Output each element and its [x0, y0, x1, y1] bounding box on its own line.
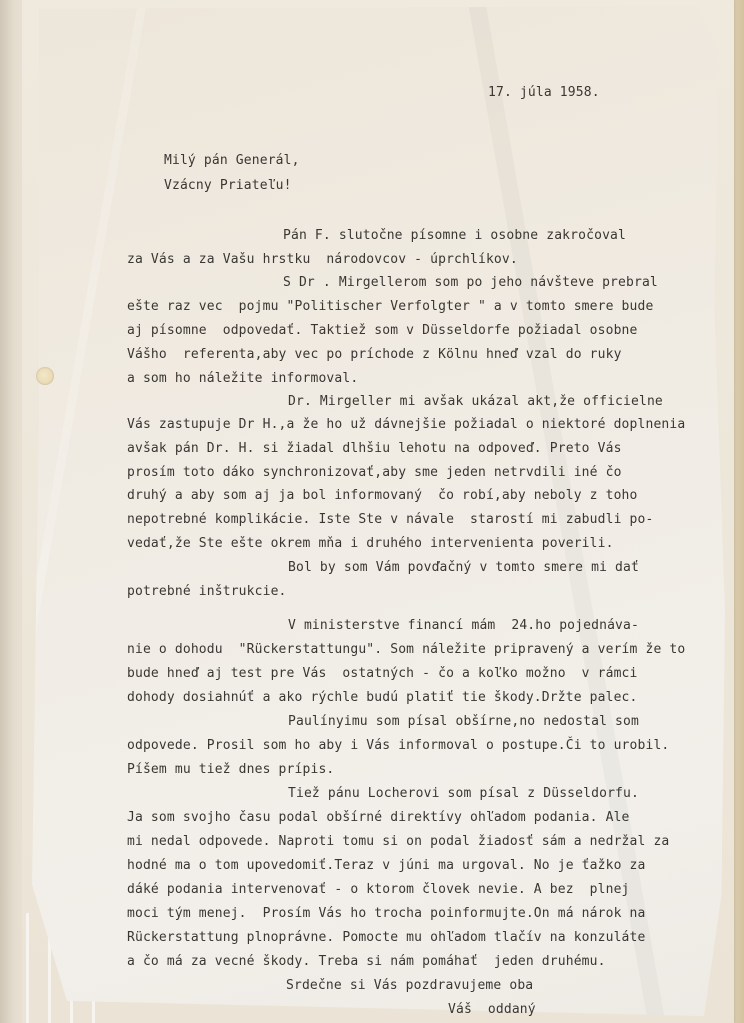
body-line: moci tým menej. Prosím Vás ho trocha poi… [127, 905, 645, 923]
body-line: a čo má za vecné škody. Treba si nám pom… [127, 953, 606, 971]
body-line: hodné ma o tom upovedomiť.Teraz v júni m… [127, 857, 645, 875]
body-line: potrebné inštrukcie. [127, 583, 287, 601]
body-line: ešte raz vec pojmu "Politischer Verfolgt… [127, 298, 653, 316]
salutation-line-2: Vzácny Priateľu! [164, 177, 292, 195]
photo-scene: 17. júla 1958. Milý pán Generál, Vzácny … [0, 0, 744, 1023]
body-line: S Dr . Mirgellerom som po jeho návšteve … [283, 274, 658, 292]
body-line: prosím toto dáko synchronizovať,aby sme … [127, 464, 622, 482]
body-line: vedať,že Ste ešte okrem mňa i druhého in… [127, 535, 614, 553]
body-line: dohody dosiahnúť a ako rýchle budú plati… [127, 689, 638, 707]
closing-line: Srdečne si Vás pozdravujeme oba [286, 977, 533, 995]
body-line: mi nedal odpovede. Naproti tomu si on po… [127, 833, 669, 851]
body-line: aj písomne odpovedať. Taktiež som v Düss… [127, 322, 638, 340]
body-line: za Vás a za Vašu hrstku národovcov - úpr… [127, 251, 518, 269]
body-line: a som ho náležite informoval. [127, 370, 358, 388]
body-line: dáké podania intervenovať - o ktorom člo… [127, 881, 630, 899]
body-line: Pán F. slutočne písomne i osobne zakročo… [283, 227, 626, 245]
signoff-line: Váš oddaný [448, 1001, 536, 1019]
body-line: nie o dohodu "Rückerstattungu". Som nále… [127, 641, 685, 659]
typed-text: 17. júla 1958. Milý pán Generál, Vzácny … [0, 0, 744, 1023]
body-line: Paulínyimu som písal obšírne,no nedostal… [288, 713, 639, 731]
body-line: Vás zastupuje Dr H.,a že ho už dávnejšie… [127, 416, 685, 434]
body-line: avšak pán Dr. H. si žiadal dlhšiu lehotu… [127, 440, 622, 458]
body-line: nepotrebné komplikácie. Iste Ste v nával… [127, 511, 653, 529]
body-line: bude hneď aj test pre Vás ostatných - čo… [127, 665, 638, 683]
body-line: druhý a aby som aj ja bol informovaný čo… [127, 487, 638, 505]
body-line: Tiež pánu Locherovi som písal z Düsseldo… [288, 785, 639, 803]
body-line: Vášho referenta,aby vec po príchode z Kö… [127, 346, 622, 364]
body-line: V ministerstve financí mám 24.ho pojedná… [288, 617, 639, 635]
body-line: Bol by som Vám povďačný v tomto smere mi… [288, 559, 639, 577]
body-line: odpovede. Prosil som ho aby i Vás inform… [127, 737, 669, 755]
body-line: Rückerstattung plnoprávne. Pomocte mu oh… [127, 929, 645, 947]
letter-date: 17. júla 1958. [488, 84, 600, 102]
salutation-line-1: Milý pán Generál, [164, 152, 300, 170]
body-line: Ja som svojho času podal obšírné direktí… [127, 809, 630, 827]
body-line: Píšem mu tiež dnes prípis. [127, 761, 334, 779]
body-line: Dr. Mirgeller mi avšak ukázal akt,že off… [288, 393, 663, 411]
